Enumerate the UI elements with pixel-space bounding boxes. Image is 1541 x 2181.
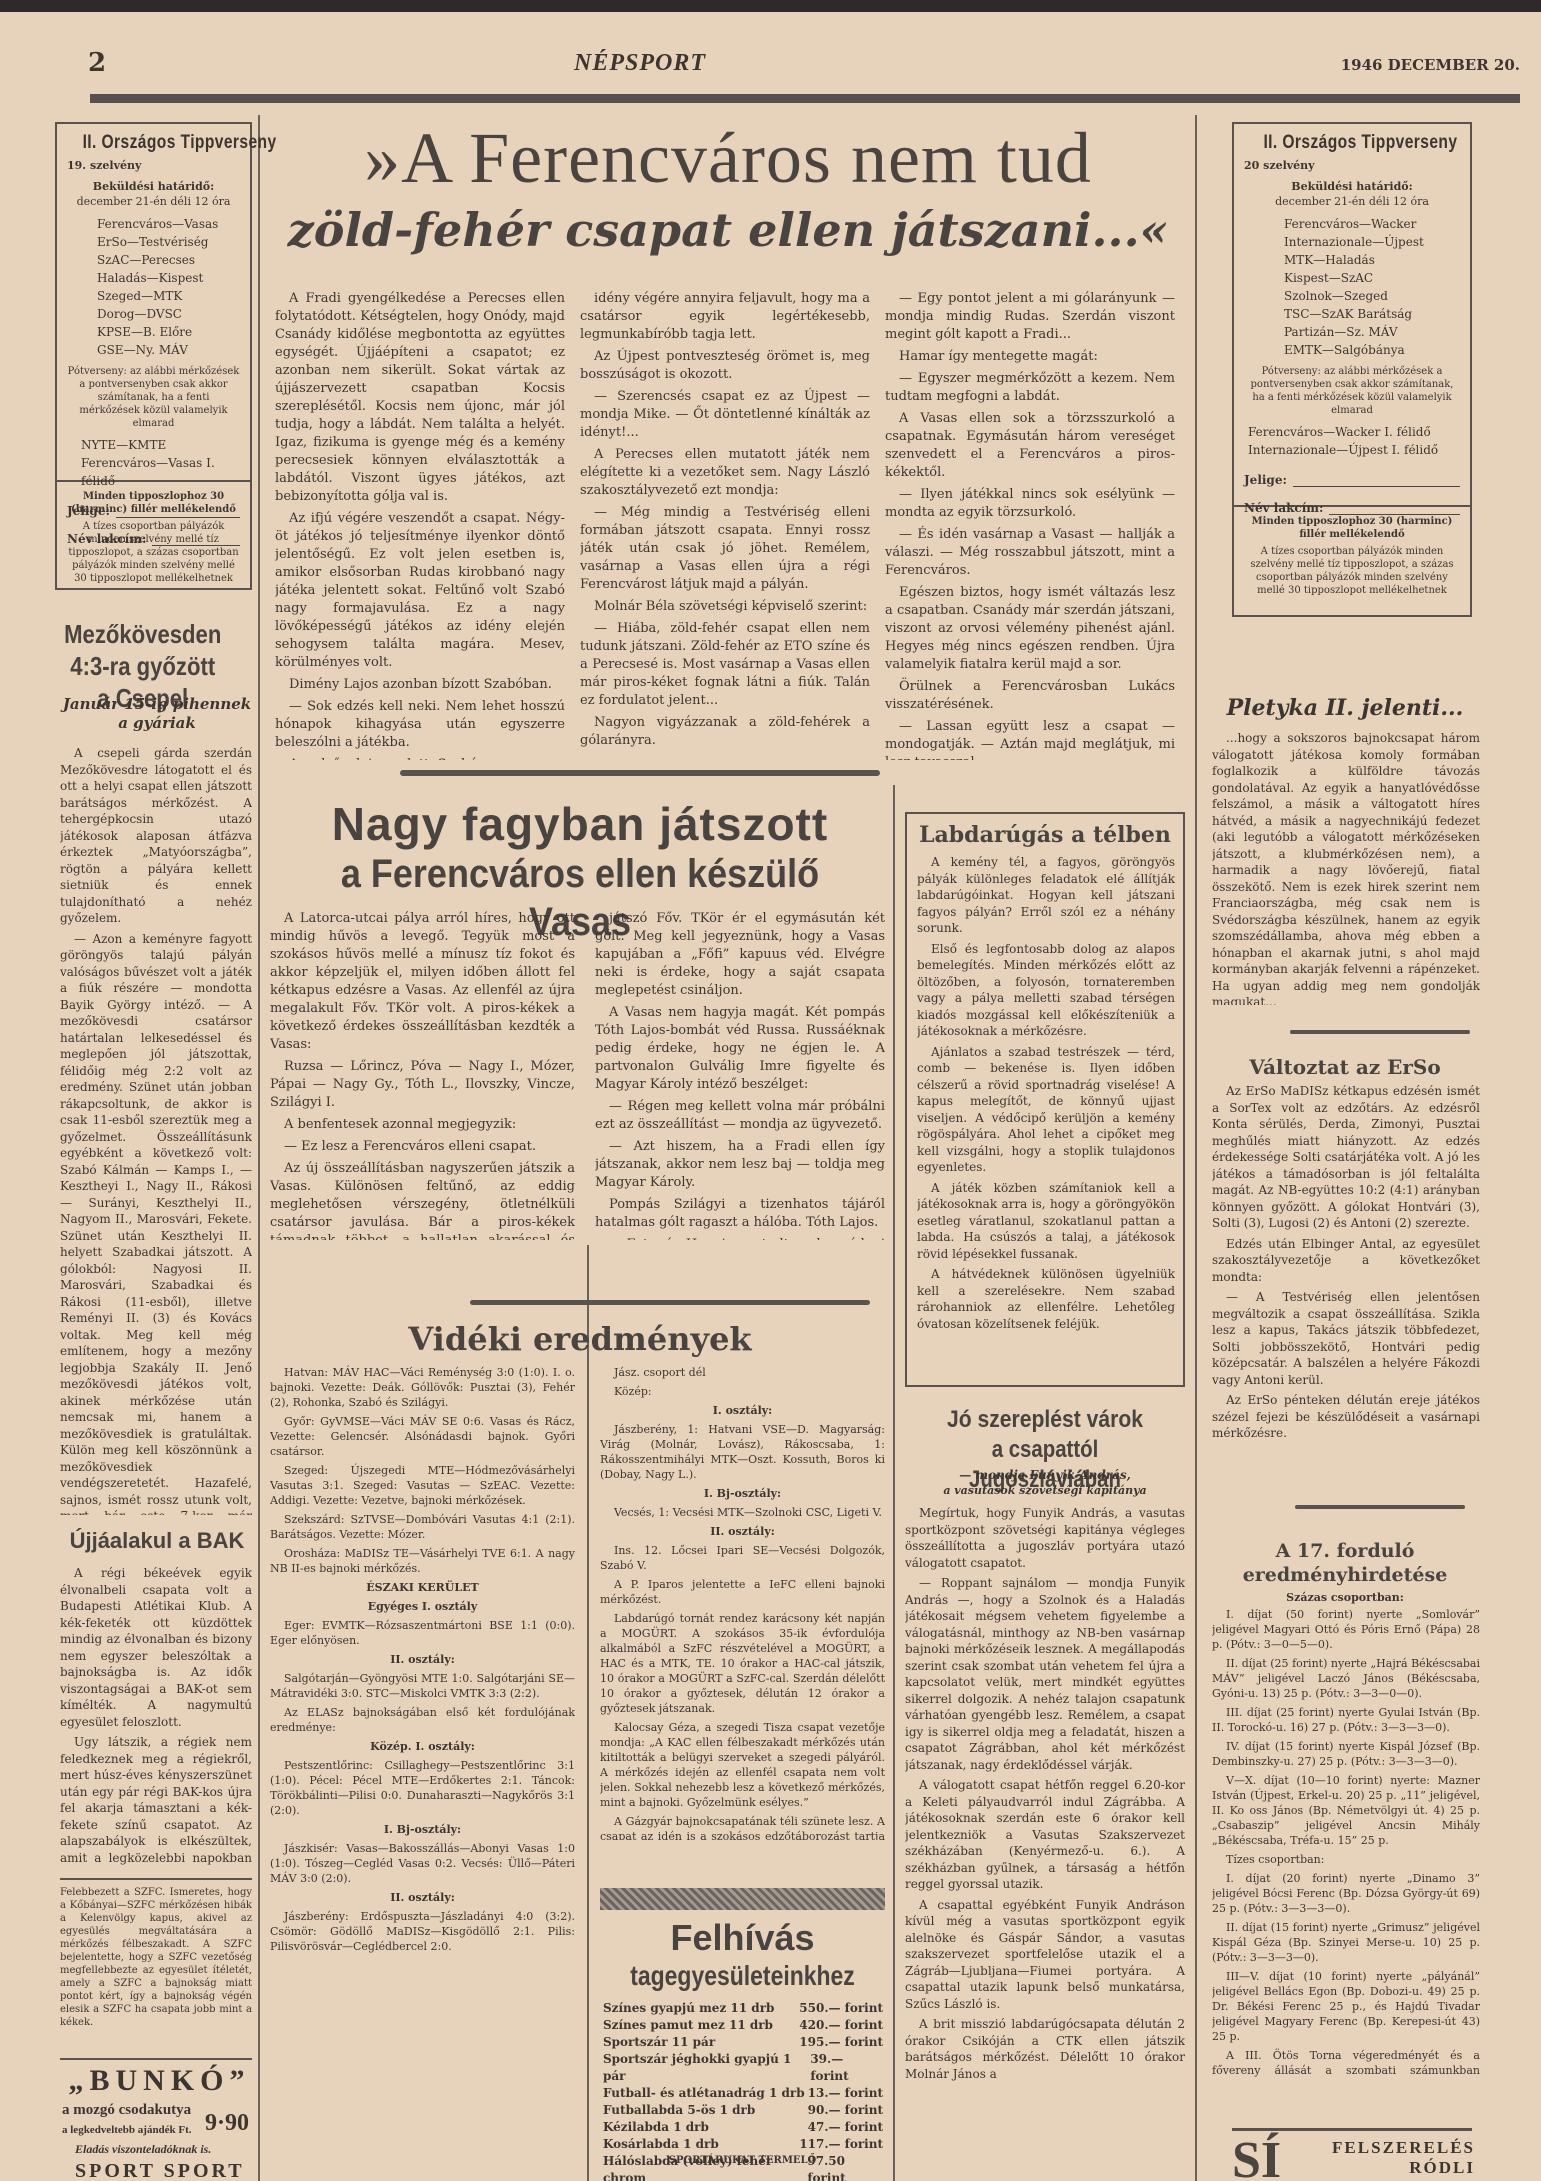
item-price: 13.— forint <box>808 2085 883 2102</box>
paragraph: — Szerencsés csapat ez az Újpest — mondj… <box>580 388 870 442</box>
bunko-ad-line2: a legkedveltebb ajándék Ft. <box>62 2124 212 2136</box>
paragraph: Közép. I. osztály: <box>270 1739 575 1754</box>
paragraph: Jászkisér: Vasas—Bakosszállás—Abonyi Vas… <box>270 1841 575 1886</box>
window-top-edge <box>0 0 1541 12</box>
paragraph: Edzés után Elbinger Antal, az egyesület … <box>1212 1236 1480 1286</box>
paragraph: Labdarúgó tornát rendez karácsony két na… <box>600 1611 885 1716</box>
paragraph: — Ezt még Henni sem tudta volna védeni —… <box>595 1236 885 1240</box>
paragraph: — Lassan együtt lesz a csapat — mondogat… <box>885 718 1175 760</box>
felhivas-footer: SPORTÁRUKAT TERMELŐ <box>600 2155 885 2167</box>
jelige-field[interactable]: Jelige: <box>1244 473 1460 487</box>
coupon-right: II. Országos Tippverseny 20 szelvény Bek… <box>1232 122 1472 507</box>
match-item: KPSE—B. Előre <box>97 323 240 341</box>
note-body: A tízes csoportban pályázók minden szelv… <box>1244 545 1460 597</box>
mezokovesd-body: A csepeli gárda szerdán Mezőkövesdre lát… <box>60 745 252 1515</box>
videki-column-2: Jász. csoport délKözép:I. osztály:Jászbe… <box>600 1365 885 1840</box>
paragraph: I. Bj-osztály: <box>270 1822 575 1837</box>
paragraph: Az ELASz bajnokságában első két fordulój… <box>270 1705 575 1735</box>
item-name: Sportszár jéghokki gyapjú 1 pár <box>603 2051 810 2085</box>
vasas-column-2: játszó Főv. TKör ér el egymásután két gó… <box>595 910 885 1240</box>
paragraph: — Ez lesz a Ferencváros elleni csapat. <box>270 1138 575 1156</box>
paragraph: — Régen meg kellett volna már próbálni e… <box>595 1098 885 1134</box>
paragraph: III—V. díjat (10 forint) nyerte „pályáná… <box>1212 1969 1480 2044</box>
sfc-brief: Felebbezett a SZFC. Ismeretes, hogy a Kő… <box>60 1886 252 2036</box>
pletyka-headline: Pletyka II. jelenti... <box>1210 695 1480 721</box>
paragraph: A válogatott csapat hétfőn reggel 6.20-k… <box>905 1777 1185 1893</box>
bak-headline: Újjáalakul a BAK <box>62 1528 252 1554</box>
videki-column-1: Hatvan: MÁV HAC—Váci Reménység 3:0 (1:0)… <box>270 1365 575 2175</box>
divider-ornament <box>1290 1030 1470 1034</box>
bunko-ad-price: 9·90 <box>205 2110 249 2137</box>
match-item: EMTK—Salgóbánya <box>1284 341 1460 359</box>
paragraph: A Fradi gyengélkedése a Perecses ellen f… <box>275 290 565 506</box>
paragraph: Hamar így mentegette magát: <box>885 348 1175 366</box>
paragraph: A régi békeévek egyik élvonalbeli csapat… <box>60 1565 252 1730</box>
paragraph: ÉSZAKI KERÜLET <box>270 1580 575 1595</box>
jugoszlavia-body: Megírtuk, hogy Funyik András, a vasutas … <box>905 1505 1185 2175</box>
match-item: Internazionale—Újpest <box>1284 233 1460 251</box>
paragraph: Salgótarján—Gyöngyösi MTE 1:0. Salgótarj… <box>270 1671 575 1701</box>
paragraph: A brit misszió labdarúgócsapata délután … <box>905 2016 1185 2082</box>
bunko-ad-title: „BUNKÓ” <box>62 2064 257 2098</box>
note-title: Minden tipposzlophoz 30 (harminc) fillér… <box>1244 515 1460 541</box>
page-number: 2 <box>88 48 106 78</box>
paragraph: — Még mindig a Testvériség elleni formáb… <box>580 504 870 594</box>
ad-banner-bar <box>600 1888 885 1910</box>
paragraph: Pompás Szilágyi a tizenhatos tájáról hat… <box>595 1196 885 1232</box>
paragraph: Az ErSo MaDISz kétkapus edzésén ismét a … <box>1212 1083 1480 1232</box>
paragraph: Vecsés, 1: Vecsési MTK—Szolnoki CSC, Lig… <box>600 1505 885 1520</box>
paragraph: Az új összeállításban nagyszerűen játszi… <box>270 1160 575 1240</box>
paragraph: I. díjat (50 forint) nyerte „Somlovár” j… <box>1212 1607 1480 1652</box>
match-item: Szolnok—Szeged <box>1284 287 1460 305</box>
match-item: SzAC—Perecses <box>97 251 240 269</box>
paragraph: Dimény Lajos azonban bízott Szabóban. <box>275 676 565 694</box>
paragraph: I. osztály: <box>600 1403 885 1418</box>
paragraph: Kalocsay Géza, a szegedi Tisza csapat ve… <box>600 1720 885 1810</box>
column-divider <box>258 115 260 2181</box>
price-row: Futballabda 5-ös 1 drb90.— forint <box>603 2102 883 2119</box>
deadline-label: Beküldési határidő: <box>1244 179 1460 194</box>
vasas-headline-1: Nagy fagyban játszott <box>270 800 890 848</box>
videki-headline: Vidéki eredmények <box>270 1320 890 1358</box>
paragraph: Jászberény: Erdőspuszta—Jászladányi 4:0 … <box>270 1909 575 1954</box>
coupon-right-note: Minden tipposzlophoz 30 (harminc) fillér… <box>1232 507 1472 617</box>
paragraph: A csapattal egyébként Funyik Andráson kí… <box>905 1897 1185 2013</box>
bunko-ad-line3: Eladás viszonteladóknak is. <box>75 2142 260 2157</box>
divider-ornament <box>470 1300 870 1305</box>
paragraph: A csepeli gárda szerdán Mezőkövesdre lát… <box>60 745 252 927</box>
price-row: Kosárlabda 1 drb117.— forint <box>603 2136 883 2153</box>
footer-line: SPORTÁRUKAT TERMELŐ <box>600 2155 885 2167</box>
paragraph: A Vasas ellen sok a törzsszurkoló a csap… <box>885 410 1175 482</box>
paragraph: játszó Főv. TKör ér el egymásután két gó… <box>595 910 885 1000</box>
paragraph: II. osztály: <box>270 1890 575 1905</box>
extra-text: Pótverseny: az alábbi mérkőzések a pontv… <box>67 365 240 430</box>
coupon-left: II. Országos Tippverseny 19. szelvény Be… <box>55 122 252 482</box>
paragraph: V—X. díjat (10—10 forint) nyerte: Mazner… <box>1212 1773 1480 1848</box>
paragraph: Tízes csoportban: <box>1212 1852 1480 1867</box>
match-item: GSE—Ny. MÁV <box>97 341 240 359</box>
item-name: Kosárlabda 1 drb <box>603 2136 719 2153</box>
match-item: Ferencváros—Vasas <box>97 215 240 233</box>
paragraph: Ruzsa — Lőrincz, Póva — Nagy I., Mózer, … <box>270 1058 575 1112</box>
item-price: 420.— forint <box>799 2017 883 2034</box>
extra-match-list: Ferencváros—Wacker I. félidőInternaziona… <box>1248 423 1460 459</box>
main-story-column-1: A Fradi gyengélkedése a Perecses ellen f… <box>275 290 565 760</box>
paragraph: II. osztály: <box>600 1524 885 1539</box>
paragraph: — Ilyen játékkal nincs sok esélyünk — mo… <box>885 486 1175 522</box>
paragraph: IV. díjat (15 forint) nyerte Kispál Józs… <box>1212 1739 1480 1769</box>
fordulo-subhead: Százas csoportban: <box>1210 1591 1480 1604</box>
paragraph: Ugy látszik, a régiek nem feledkeznek me… <box>60 1734 252 1865</box>
paragraph: A kemény tél, a fagyos, göröngyös pályák… <box>917 854 1175 937</box>
coupon-title: II. Országos Tippverseny <box>1263 132 1440 154</box>
labdarugas-body: A kemény tél, a fagyos, göröngyös pályák… <box>917 854 1175 1364</box>
deadline: december 21-én déli 12 óra <box>1244 194 1460 209</box>
paragraph: Közép: <box>600 1384 885 1399</box>
felhivas-headline-2: tagegyesületeinkhez <box>626 1958 860 1994</box>
item-price: 117.— forint <box>799 2136 883 2153</box>
coupon-title: II. Országos Tippverseny <box>83 132 225 154</box>
paragraph: Első és legfontosabb dolog az alapos bem… <box>917 941 1175 1040</box>
paragraph: A hátvédeknek különösen ügyelniük kell a… <box>917 1266 1175 1332</box>
paragraph: I. díjat (20 forint) nyerte „Dinamo 3” j… <box>1212 1871 1480 1916</box>
match-item: Internazionale—Újpest I. félidő <box>1248 441 1460 459</box>
item-price: 90.— forint <box>808 2102 883 2119</box>
paragraph: A P. Iparos jelentette a IeFC elleni baj… <box>600 1577 885 1607</box>
item-name: Színes pamut mez 11 drb <box>603 2017 773 2034</box>
issue-date: 1946 DECEMBER 20. <box>1220 56 1520 74</box>
jugoszlavia-subhead-2: a vasutasok szövetségi kapitánya <box>900 1484 1190 1497</box>
paragraph: — Azon a keményre fagyott göröngyös tala… <box>60 931 252 1516</box>
coupon-left-note: Minden tipposzlophoz 30 (harminc) fillér… <box>55 482 252 590</box>
felhivas-headline-1: Felhívás <box>600 1918 885 1958</box>
divider <box>60 2058 252 2060</box>
item-price: 47.— forint <box>808 2119 883 2136</box>
price-row: Színes gyapjú mez 11 drb550.— forint <box>603 2000 883 2017</box>
price-row: Sportszár jéghokki gyapjú 1 pár39.— fori… <box>603 2051 883 2085</box>
divider <box>60 1878 252 1880</box>
column-divider <box>587 1245 589 2181</box>
bak-body: A régi békeévek egyik élvonalbeli csapat… <box>60 1565 252 1865</box>
divider <box>1232 2128 1472 2131</box>
paragraph: Az ifjú végére veszendőt a csapat. Négy-… <box>275 510 565 672</box>
paragraph: Jászberény, 1: Hatvani VSE—D. Magyarság:… <box>600 1422 885 1482</box>
vasas-column-1: A Latorca-utcai pálya arról híres, hogy … <box>270 910 575 1240</box>
paragraph: Eger: EVMTK—Rózsaszentmártoni BSE 1:1 (0… <box>270 1618 575 1648</box>
match-list: Ferencváros—WackerInternazionale—ÚjpestM… <box>1284 215 1460 359</box>
paragraph: — Hiába, zöld-fehér csapat ellen nem tud… <box>580 620 870 710</box>
match-item: ErSo—Testvériség <box>97 233 240 251</box>
coupon-number: 20 szelvény <box>1244 158 1460 173</box>
match-item: NYTE—KMTE <box>81 436 240 454</box>
jugoszlavia-headline-1: Jó szereplést várok <box>917 1405 1172 1435</box>
price-row: Futball- és atlétanadrág 1 drb13.— forin… <box>603 2085 883 2102</box>
pletyka-body: ...hogy a sokszoros bajnokcsapat három v… <box>1212 730 1480 1005</box>
paragraph: A Latorca-utcai pálya arról híres, hogy … <box>270 910 575 1054</box>
paragraph: Győr: GyVMSE—Váci MÁV SE 0:6. Vasas és R… <box>270 1414 575 1459</box>
labdarugas-headline: Labdarúgás a télben <box>917 822 1173 848</box>
jelige-label: Jelige: <box>1244 473 1287 487</box>
paragraph: Ajánlatos a szabad testrészek — térd, co… <box>917 1044 1175 1176</box>
item-price: 39.— forint <box>810 2051 883 2085</box>
paragraph: A Vasas nem hagyja magát. Két pompás Tót… <box>595 1004 885 1094</box>
bunko-ad-line4: SPORT SPORT <box>75 2160 260 2181</box>
match-item: Partizán—Sz. MÁV <box>1284 323 1460 341</box>
item-name: Színes gyapjú mez 11 drb <box>603 2000 774 2017</box>
paragraph: — Sok edzés kell neki. Nem lehet hosszú … <box>275 698 565 752</box>
labdarugas-box: Labdarúgás a télben A kemény tél, a fagy… <box>905 812 1185 1387</box>
item-price: 195.— forint <box>799 2034 883 2051</box>
paragraph: Szeged: Újszegedi MTE—Hódmezővásárhelyi … <box>270 1463 575 1508</box>
paragraph: — A Testvériség ellen jelentősen megvált… <box>1212 1289 1480 1388</box>
paragraph: Orosháza: MaDISz TE—Vásárhelyi TVE 6:1. … <box>270 1546 575 1576</box>
paragraph: Hatvan: MÁV HAC—Váci Reménység 3:0 (1:0)… <box>270 1365 575 1410</box>
paragraph: idény végére annyira feljavult, hogy ma … <box>580 290 870 344</box>
paragraph: Az Újpest pontveszteség örömet is, meg b… <box>580 348 870 384</box>
note-body: A tízes csoportban pályázók minden szelv… <box>67 520 240 585</box>
paragraph: Örülnek a Ferencvárosban Lukács visszaté… <box>885 678 1175 714</box>
match-item: Dorog—DVSC <box>97 305 240 323</box>
divider-ornament <box>400 770 880 776</box>
masthead: NÉPSPORT <box>540 50 740 77</box>
column-divider <box>1195 115 1197 2181</box>
paragraph: ...hogy a sokszoros bajnokcsapat három v… <box>1212 730 1480 1005</box>
note-title: Minden tipposzlophoz 30 (harminc) fillér… <box>67 490 240 516</box>
price-row: Sportszár 11 pár195.— forint <box>603 2034 883 2051</box>
si-ad-line2: RÓDLI <box>1305 2158 1475 2178</box>
paragraph: II. díjat (15 forint) nyerte „Grimusz” j… <box>1212 1920 1480 1965</box>
paragraph: Jász. csoport dél <box>600 1365 885 1380</box>
main-story-column-2: idény végére annyira feljavult, hogy ma … <box>580 290 870 760</box>
extra-text: Pótverseny: az alábbi mérkőzések a pontv… <box>1244 365 1460 417</box>
item-name: Kézilabda 1 drb <box>603 2119 709 2136</box>
paragraph: II. osztály: <box>270 1652 575 1667</box>
match-item: TSC—SzAK Barátság <box>1284 305 1460 323</box>
paragraph: Az ErSo pénteken délután ereje játékos s… <box>1212 1392 1480 1442</box>
paragraph: A játék közben számítaniok kell a játéko… <box>917 1180 1175 1263</box>
paragraph: — És idén vasárnap a Vasast — hallják a … <box>885 526 1175 580</box>
match-item: MTK—Haladás <box>1284 251 1460 269</box>
price-list: Színes gyapjú mez 11 drb550.— forintSzín… <box>603 2000 883 2181</box>
paragraph: — Azt hiszem, ha a Fradi ellen így játsz… <box>595 1138 885 1192</box>
paragraph: Egyéges I. osztály <box>270 1599 575 1614</box>
erso-body: Az ErSo MaDISz kétkapus edzésén ismét a … <box>1212 1083 1480 1483</box>
deadline-label: Beküldési határidő: <box>67 179 240 194</box>
erso-headline: Változtat az ErSo <box>1210 1055 1480 1079</box>
paragraph: II. díjat (25 forint) nyerte „Hajrá Béké… <box>1212 1656 1480 1701</box>
main-story-column-3: — Egy pontot jelent a mi gólarányunk — m… <box>885 290 1175 760</box>
divider-ornament <box>1295 1505 1465 1509</box>
match-item: Ferencváros—Wacker <box>1284 215 1460 233</box>
paragraph: — Egy pontot jelent a mi gólarányunk — m… <box>885 290 1175 344</box>
jugoszlavia-subhead-1: — mondja Funyik András, <box>900 1468 1190 1482</box>
paragraph: — Roppant sajnálom — mondja Funyik Andrá… <box>905 1575 1185 1773</box>
deadline: december 21-én déli 12 óra <box>67 194 240 209</box>
price-row: Kézilabda 1 drb47.— forint <box>603 2119 883 2136</box>
mezokovesd-subhead: Január 15-ig pihennek a gyáriak <box>62 695 252 733</box>
paragraph: Egészen biztos, hogy ismét váltazás lesz… <box>885 584 1175 674</box>
paragraph: Szekszárd: SzTVSE—Dombóvári Vasutas 4:1 … <box>270 1512 575 1542</box>
match-list: Ferencváros—VasasErSo—TestvériségSzAC—Pe… <box>97 215 240 359</box>
item-name: Futballabda 5-ös 1 drb <box>603 2102 755 2119</box>
main-subheadline: zöld-fehér csapat ellen játszani...« <box>268 200 1188 260</box>
paragraph: Megírtuk, hogy Funyik András, a vasutas … <box>905 1505 1185 1571</box>
header-rule <box>90 94 1520 103</box>
match-item: Szeged—MTK <box>97 287 240 305</box>
paragraph: A Gázgyár bajnokcsapatának téli szünete … <box>600 1814 885 1840</box>
column-divider <box>893 785 895 2181</box>
paragraph: Molnár Béla szövetségi képviselő szerint… <box>580 598 870 616</box>
item-name: Futball- és atlétanadrág 1 drb <box>603 2085 805 2102</box>
si-ad-big: SÍ <box>1232 2135 1281 2181</box>
coupon-number: 19. szelvény <box>67 158 240 173</box>
price-row: Színes pamut mez 11 drb420.— forint <box>603 2017 883 2034</box>
item-name: Sportszár 11 pár <box>603 2034 715 2051</box>
match-item: Kispest—SzAC <box>1284 269 1460 287</box>
fordulo-headline-2: eredményhirdetése <box>1210 1564 1480 1586</box>
paragraph: Az edzőnek igaza lett. Szabó az <box>275 756 565 760</box>
paragraph: A III. Ötös Torna végeredményét és a főv… <box>1212 2048 1480 2077</box>
paragraph: — Egyszer megmérkőzött a kezem. Nem tudt… <box>885 370 1175 406</box>
si-ad-line1: FELSZERELÉS <box>1305 2138 1475 2158</box>
paragraph: Ins. 12. Lőcsei Ipari SE—Vecsési Dolgozó… <box>600 1543 885 1573</box>
paragraph: I. Bj-osztály: <box>600 1486 885 1501</box>
paragraph: A benfentesek azonnal megjegyzik: <box>270 1116 575 1134</box>
paragraph: A Perecses ellen mutatott játék nem elég… <box>580 446 870 500</box>
item-price: 550.— forint <box>799 2000 883 2017</box>
paragraph: Pestszentlőrinc: Csillaghegy—Pestszentlő… <box>270 1758 575 1818</box>
paragraph: III. díjat (25 forint) nyerte Gyulai Ist… <box>1212 1705 1480 1735</box>
match-item: Ferencváros—Wacker I. félidő <box>1248 423 1460 441</box>
main-headline: »A Ferencváros nem tud <box>268 118 1188 198</box>
paragraph: Nagyon vigyázzanak a zöld-fehérek a góla… <box>580 714 870 750</box>
fordulo-headline-1: A 17. forduló <box>1210 1540 1480 1562</box>
fordulo-body: I. díjat (50 forint) nyerte „Somlovár” j… <box>1212 1607 1480 2077</box>
match-item: Haladás—Kispest <box>97 269 240 287</box>
